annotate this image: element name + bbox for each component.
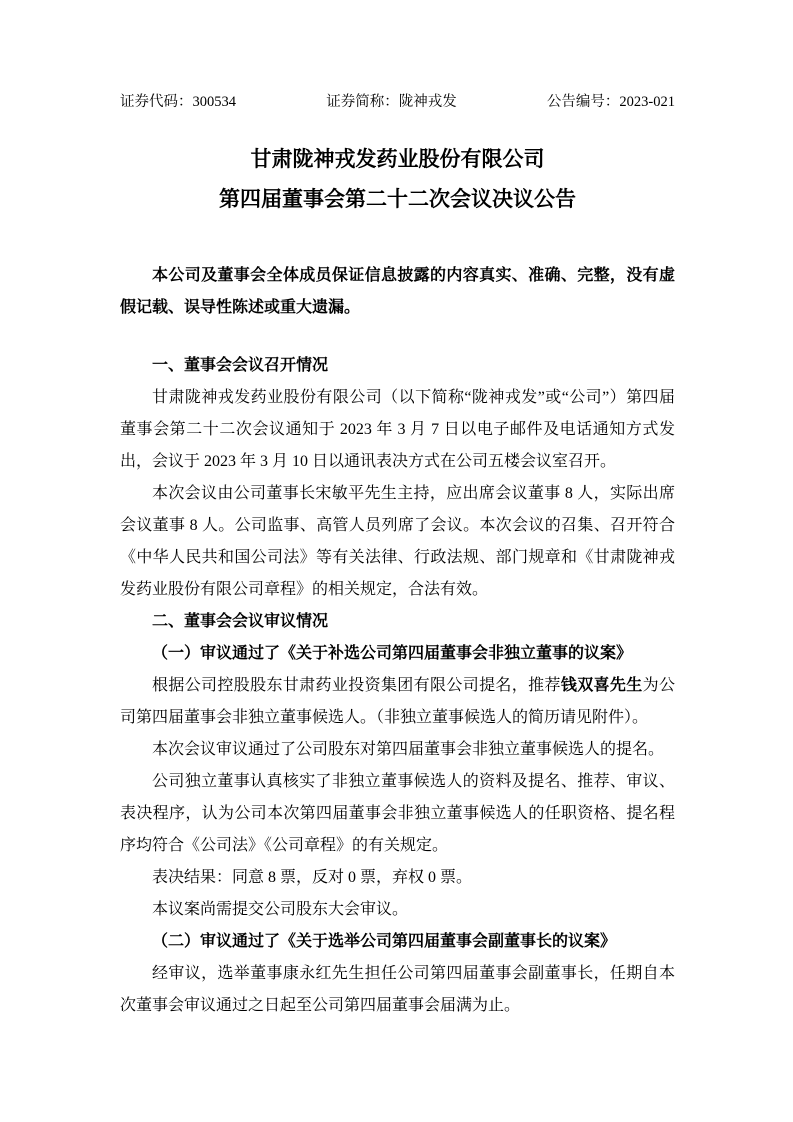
document-page: 证券代码：300534 证券简称：陇神戎发 公告编号：2023-021 甘肃陇神…: [0, 0, 793, 1122]
announcement-number: 公告编号：2023-021: [547, 93, 675, 111]
section1-paragraph-1: 甘肃陇神戎发药业股份有限公司（以下简称“陇神戎发”或“公司”）第四届董事会第二十…: [120, 382, 675, 478]
stock-short-name-label: 证券简称：: [326, 94, 399, 110]
stock-short-name-value: 陇神戎发: [399, 94, 457, 110]
announcement-number-label: 公告编号：: [547, 94, 620, 110]
section2-item1-paragraph-3: 公司独立董事认真核实了非独立董事候选人的资料及提名、推荐、审议、表决程序，认为公…: [120, 766, 675, 862]
section2-heading: 二、董事会会议审议情况: [120, 606, 675, 638]
stock-code-label: 证券代码：: [120, 94, 193, 110]
section1-heading: 一、董事会会议召开情况: [120, 350, 675, 382]
document-title: 甘肃陇神戎发药业股份有限公司 第四届董事会第二十二次会议决议公告: [120, 139, 675, 219]
stock-code: 证券代码：300534: [120, 93, 236, 111]
section2-item2-heading: （二）审议通过了《关于选举公司第四届董事会副董事长的议案》: [120, 926, 675, 958]
stock-code-value: 300534: [193, 94, 237, 110]
candidate-name: 钱双喜先生: [561, 677, 643, 694]
section2-item1-paragraph-1: 根据公司控股股东甘肃药业投资集团有限公司提名，推荐钱双喜先生为公司第四届董事会非…: [120, 670, 675, 734]
truthfulness-declaration: 本公司及董事会全体成员保证信息披露的内容真实、准确、完整，没有虚假记载、误导性陈…: [120, 260, 675, 324]
section2-item1-paragraph-2: 本次会议审议通过了公司股东对第四届董事会非独立董事候选人的提名。: [120, 734, 675, 766]
section2-item2-paragraph-1: 经审议，选举董事康永红先生担任公司第四届董事会副董事长，任期自本次董事会审议通过…: [120, 958, 675, 1022]
section2-item1-paragraph-5: 本议案尚需提交公司股东大会审议。: [120, 894, 675, 926]
stock-short-name: 证券简称：陇神戎发: [326, 93, 457, 111]
company-name-title: 甘肃陇神戎发药业股份有限公司: [120, 139, 675, 179]
document-header: 证券代码：300534 证券简称：陇神戎发 公告编号：2023-021: [120, 93, 675, 111]
announcement-number-value: 2023-021: [619, 94, 675, 110]
section2-item1-vote-result: 表决结果：同意 8 票，反对 0 票，弃权 0 票。: [120, 862, 675, 894]
announcement-title: 第四届董事会第二十二次会议决议公告: [120, 179, 675, 219]
section1-paragraph-2: 本次会议由公司董事长宋敏平先生主持，应出席会议董事 8 人，实际出席会议董事 8…: [120, 478, 675, 606]
section2-item1-heading: （一）审议通过了《关于补选公司第四届董事会非独立董事的议案》: [120, 638, 675, 670]
nomination-text-prefix: 根据公司控股股东甘肃药业投资集团有限公司提名，推荐: [152, 677, 561, 694]
document-body: 本公司及董事会全体成员保证信息披露的内容真实、准确、完整，没有虚假记载、误导性陈…: [120, 260, 675, 1022]
